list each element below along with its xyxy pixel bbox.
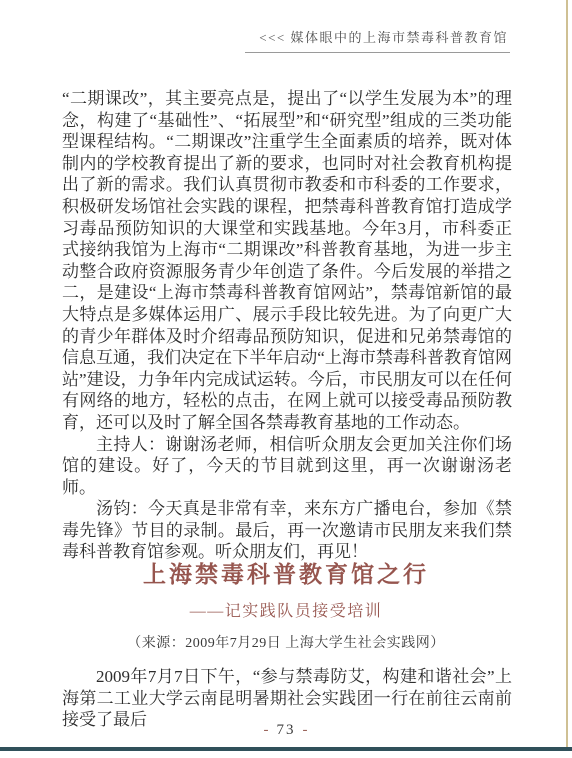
article-subtitle: ——记实践队员接受培训 [0, 598, 572, 621]
page-number: 73 [277, 722, 296, 738]
page-number-dash-left: - [257, 722, 277, 738]
article-source: （来源：2009年7月29日 上海大学生社会实践网） [0, 632, 572, 652]
bottom-band [0, 747, 572, 751]
document-page: <<< 媒体眼中的上海市禁毒科普教育馆 “二期课改”，其主要亮点是，提出了“以学… [0, 0, 572, 758]
paragraph-guest: 汤钧：今天真是非常有幸，来东方广播电台，参加《禁毒先锋》节目的录制。最后，再一次… [62, 498, 512, 563]
running-head-text: <<< 媒体眼中的上海市禁毒科普教育馆 [259, 30, 508, 45]
page-number-dash-right: - [296, 722, 316, 738]
article-title: 上海禁毒科普教育馆之行 [0, 556, 572, 589]
paragraph-continued: “二期课改”，其主要亮点是，提出了“以学生发展为本”的理念，构建了“基础性”、“… [62, 88, 512, 434]
body-text-block: “二期课改”，其主要亮点是，提出了“以学生发展为本”的理念，构建了“基础性”、“… [62, 88, 512, 563]
running-head: <<< 媒体眼中的上海市禁毒科普教育馆 [245, 27, 510, 53]
page-footer: -73- [0, 722, 572, 739]
paragraph-host: 主持人：谢谢汤老师，相信听众朋友会更加关注你们场馆的建设。好了，今天的节目就到这… [62, 434, 512, 499]
article-heading-block: 上海禁毒科普教育馆之行 ——记实践队员接受培训 （来源：2009年7月29日 上… [0, 556, 572, 652]
